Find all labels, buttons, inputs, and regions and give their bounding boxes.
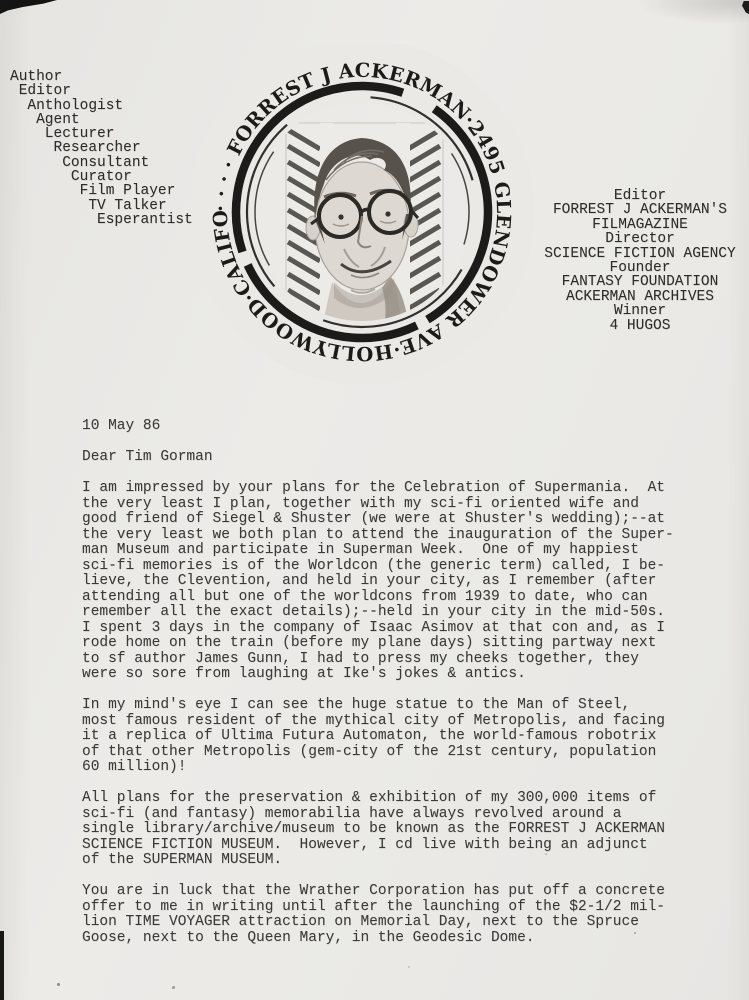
letter-paragraph-3: All plans for the preservation & exhibit… xyxy=(82,791,702,869)
portrait-eye-right xyxy=(385,211,390,216)
letterhead-roles-list: Author Editor Anthologist Agent Lecturer… xyxy=(10,70,193,227)
scan-mark-left-edge xyxy=(0,931,4,1000)
letter-body: 10 May 86 Dear Tim Gorman I am impressed… xyxy=(82,419,702,946)
scan-speck xyxy=(57,983,60,986)
seal-graphic: · · · · FORREST J ACKERMAN·2495 GLENDOWE… xyxy=(194,44,534,384)
scanned-letter-page: Author Editor Anthologist Agent Lecturer… xyxy=(0,0,749,1000)
scan-speck xyxy=(744,996,747,999)
letterhead-seal: · · · · FORREST J ACKERMAN·2495 GLENDOWE… xyxy=(194,44,534,384)
scan-smudge-top-right xyxy=(629,0,749,26)
portrait-eye-left xyxy=(338,214,343,219)
scan-mark-top-left xyxy=(0,0,57,14)
letter-salutation: Dear Tim Gorman xyxy=(82,450,702,466)
letterhead-credentials-list: Editor FORREST J ACKERMAN'S FILMAGAZINE … xyxy=(520,189,749,333)
letter-paragraph-4: You are in luck that the Wrather Corpora… xyxy=(82,884,702,946)
scan-speck xyxy=(172,986,175,989)
scan-speck xyxy=(408,966,410,968)
letter-date: 10 May 86 xyxy=(82,419,702,435)
letter-paragraph-2: In my mind's eye I can see the huge stat… xyxy=(82,698,702,776)
letter-paragraph-1: I am impressed by your plans for the Cel… xyxy=(82,481,702,683)
